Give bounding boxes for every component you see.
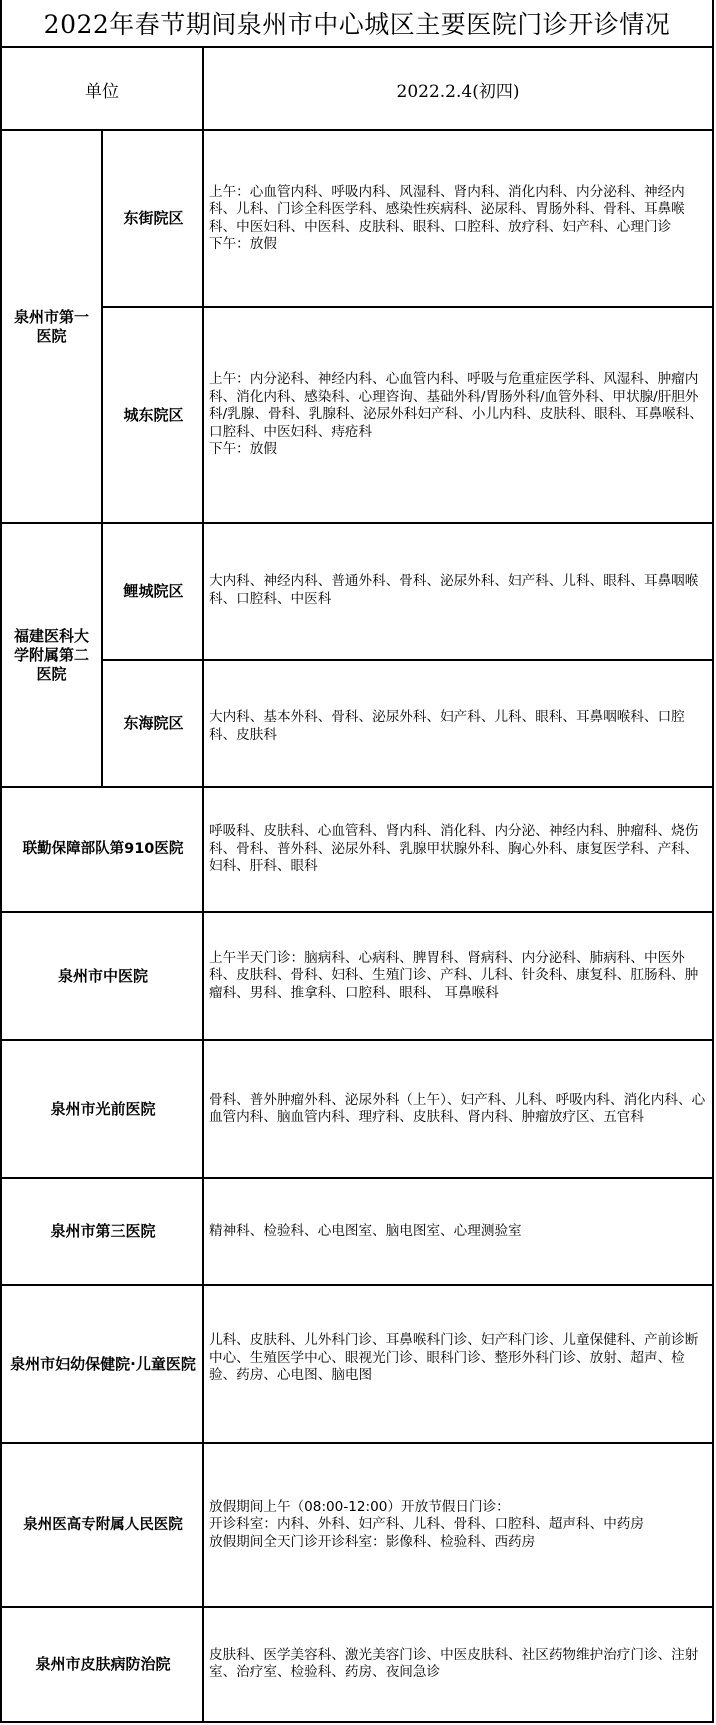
grid-line [101, 306, 712, 308]
grid-line [2, 522, 712, 524]
hospital-departments: 骨科、普外肿瘤外科、泌尿外科（上午）、妇产科、儿科、呼吸内科、消化内科、心血管内… [206, 1040, 712, 1178]
grid-line [2, 786, 712, 788]
campus-name: 鲤城院区 [103, 523, 204, 660]
hospital-name: 泉州市妇幼保健院·儿童医院 [2, 1285, 204, 1443]
campus-departments: 大内科、基本外科、骨科、泌尿外科、妇产科、儿科、眼科、耳鼻咽喉科、口腔科、皮肤科 [206, 660, 712, 787]
hospital-departments: 呼吸科、皮肤科、心血管科、肾内科、消化科、内分泌、神经内科、肿瘤科、烧伤科、骨科… [206, 787, 712, 912]
grid-line [101, 130, 103, 787]
grid-line [2, 1606, 712, 1608]
header-date: 2022.2.4(初四) [204, 48, 712, 130]
hospital-name: 泉州市第三医院 [2, 1178, 204, 1285]
hospital-name: 泉州市光前医院 [2, 1040, 204, 1178]
hospital-departments: 精神科、检验科、心电图室、脑电图室、心理测验室 [206, 1178, 712, 1285]
campus-departments: 大内科、神经内科、普通外科、骨科、泌尿外科、妇产科、儿科、眼科、耳鼻咽喉科、口腔… [206, 523, 712, 660]
campus-departments: 上午：心血管内科、呼吸内科、风湿科、肾内科、消化内科、内分泌科、神经内科、儿科、… [206, 130, 712, 307]
hospital-name: 福建医科大学附属第二医院 [2, 523, 101, 787]
grid-line [2, 1284, 712, 1286]
hospital-departments: 皮肤科、医学美容科、激光美容门诊、中医皮肤科、社区药物维护治疗门诊、注射室、治疗… [206, 1607, 712, 1721]
hospital-name: 联勤保障部队第910医院 [2, 787, 204, 912]
campus-name: 东海院区 [103, 660, 204, 787]
grid-line [2, 1039, 712, 1041]
grid-line [2, 911, 712, 913]
hospital-name: 泉州市中医院 [2, 912, 204, 1040]
grid-line [101, 659, 712, 661]
grid-line [2, 1177, 712, 1179]
hospital-departments: 放假期间上午（08:00-12:00）开放节假日门诊： 开诊科室：内科、外科、妇… [206, 1443, 712, 1607]
hospital-name: 泉州医高专附属人民医院 [2, 1443, 204, 1607]
campus-departments: 上午：内分泌科、神经内科、心血管内科、呼吸与危重症医学科、风湿科、肿瘤内科、消化… [206, 307, 712, 523]
clinic-schedule-table: 2022年春节期间泉州市中心城区主要医院门诊开诊情况 单位 2022.2.4(初… [0, 0, 714, 1723]
grid-line [2, 129, 712, 131]
campus-name: 城东院区 [103, 307, 204, 523]
grid-line [202, 48, 204, 1723]
grid-line [2, 1442, 712, 1444]
campus-name: 东街院区 [103, 130, 204, 307]
header-unit: 单位 [2, 48, 202, 130]
hospital-name: 泉州市皮肤病防治院 [2, 1607, 204, 1721]
hospital-departments: 儿科、皮肤科、儿外科门诊、耳鼻喉科门诊、妇产科门诊、儿童保健科、产前诊断中心、生… [206, 1285, 712, 1443]
hospital-departments: 上午半天门诊：脑病科、心病科、脾胃科、肾病科、内分泌科、肺病科、中医外科、皮肤科… [206, 912, 712, 1040]
table-title: 2022年春节期间泉州市中心城区主要医院门诊开诊情况 [2, 0, 712, 48]
hospital-name: 泉州市第一医院 [2, 130, 101, 523]
